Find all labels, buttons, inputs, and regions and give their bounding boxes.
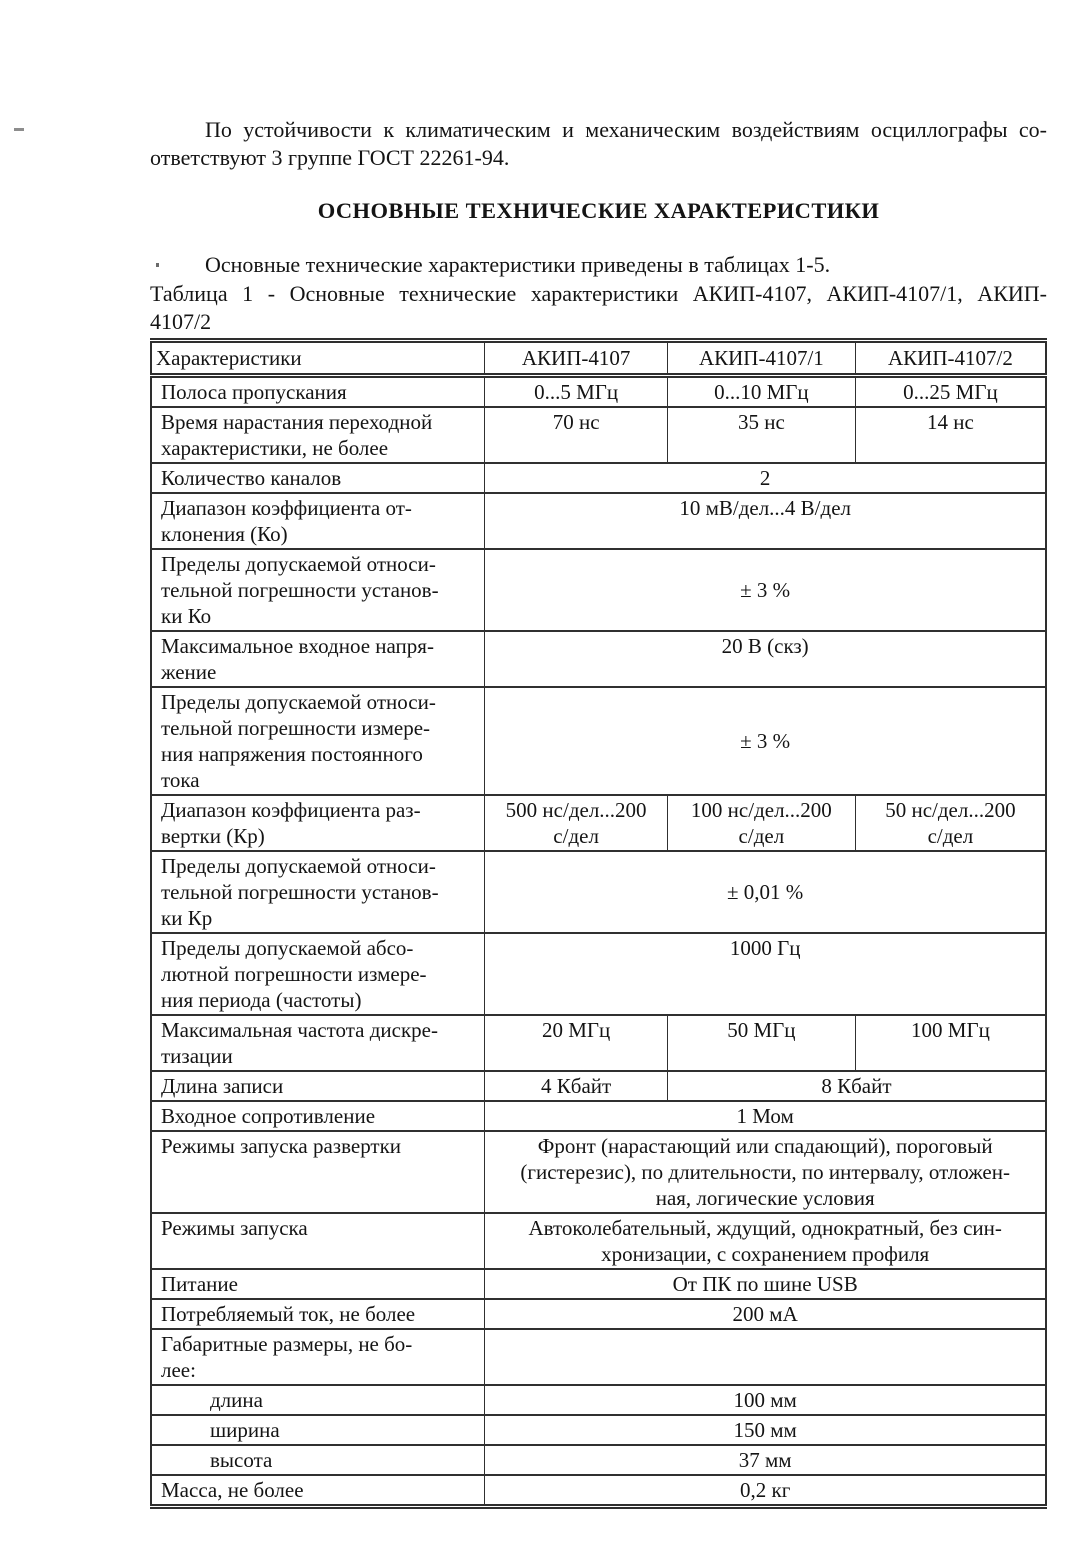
table-row: Время нарастания переходной характеристи… bbox=[151, 407, 1046, 463]
table-row: Пределы допускаемой абсо- лютной погрешн… bbox=[151, 933, 1046, 1015]
table-row: длина100 мм bbox=[151, 1385, 1046, 1415]
value-cell-merged: 37 мм bbox=[485, 1445, 1046, 1475]
row-label: Время нарастания переходной характеристи… bbox=[151, 407, 485, 463]
row-label: длина bbox=[151, 1385, 485, 1415]
table-row: Максимальное входное напря- жение20 В (с… bbox=[151, 631, 1046, 687]
value-cell-merged: ± 0,01 % bbox=[485, 851, 1046, 933]
value-cell-merged: 150 мм bbox=[485, 1415, 1046, 1445]
row-label: Пределы допускаемой относи- тельной погр… bbox=[151, 851, 485, 933]
table-row: Количество каналов2 bbox=[151, 463, 1046, 493]
value-cell: 500 нс/дел...200 с/дел bbox=[485, 795, 668, 851]
row-label: Максимальная частота дискре- тизации bbox=[151, 1015, 485, 1071]
table-caption: Таблица 1 - Основные технические характе… bbox=[150, 280, 1047, 336]
value-cell: 100 МГц bbox=[855, 1015, 1046, 1071]
row-label: ширина bbox=[151, 1415, 485, 1445]
row-label: Максимальное входное напря- жение bbox=[151, 631, 485, 687]
table-row: высота37 мм bbox=[151, 1445, 1046, 1475]
section-heading: ОСНОВНЫЕ ТЕХНИЧЕСКИЕ ХАРАКТЕРИСТИКИ bbox=[150, 197, 1047, 225]
table-row: Масса, не более0,2 кг bbox=[151, 1475, 1046, 1507]
header-model-2: АКИП-4107/1 bbox=[667, 341, 855, 376]
spec-table-body: Полоса пропускания0...5 МГц0...10 МГц0..… bbox=[151, 376, 1046, 1507]
value-cell-merged: 8 Кбайт bbox=[667, 1071, 1046, 1101]
row-label: Диапазон коэффициента раз- вертки (Кр) bbox=[151, 795, 485, 851]
row-label: Пределы допускаемой относи- тельной погр… bbox=[151, 549, 485, 631]
table-row: ПитаниеОт ПК по шине USB bbox=[151, 1269, 1046, 1299]
row-label: Диапазон коэффициента от- клонения (Ко) bbox=[151, 493, 485, 549]
header-row: Характеристики АКИП-4107 АКИП-4107/1 АКИ… bbox=[151, 341, 1046, 376]
table-caption-line-2: 4107/2 bbox=[150, 308, 1047, 336]
header-model-1: АКИП-4107 bbox=[485, 341, 668, 376]
value-cell: 14 нс bbox=[855, 407, 1046, 463]
table-row: Диапазон коэффициента от- клонения (Ко)1… bbox=[151, 493, 1046, 549]
value-cell: 100 нс/дел...200 с/дел bbox=[667, 795, 855, 851]
row-label: Входное сопротивление bbox=[151, 1101, 485, 1131]
row-label: Пределы допускаемой абсо- лютной погрешн… bbox=[151, 933, 485, 1015]
table-row: Диапазон коэффициента раз- вертки (Кр)50… bbox=[151, 795, 1046, 851]
tables-note: Основные технические характеристики прив… bbox=[150, 251, 1047, 279]
value-cell-merged: 10 мВ/дел...4 В/дел bbox=[485, 493, 1046, 549]
value-cell: 20 МГц bbox=[485, 1015, 668, 1071]
row-label: Масса, не более bbox=[151, 1475, 485, 1507]
value-cell-merged: Автоколебательный, ждущий, однократный, … bbox=[485, 1213, 1046, 1269]
intro-line-1: По устойчивости к климатическим и механи… bbox=[150, 116, 1047, 144]
intro-line-2: ответствуют 3 группе ГОСТ 22261-94. bbox=[150, 144, 1047, 172]
table-row: Полоса пропускания0...5 МГц0...10 МГц0..… bbox=[151, 376, 1046, 408]
table-row: Длина записи4 Кбайт8 Кбайт bbox=[151, 1071, 1046, 1101]
row-label: Пределы допускаемой относи- тельной погр… bbox=[151, 687, 485, 795]
table-row: Максимальная частота дискре- тизации20 М… bbox=[151, 1015, 1046, 1071]
value-cell-merged: 1000 Гц bbox=[485, 933, 1046, 1015]
value-cell: 50 МГц bbox=[667, 1015, 855, 1071]
scan-artifact-dash bbox=[14, 128, 24, 131]
value-cell-merged: 200 мА bbox=[485, 1299, 1046, 1329]
table-caption-line-1: Таблица 1 - Основные технические характе… bbox=[150, 280, 1047, 308]
row-label: Длина записи bbox=[151, 1071, 485, 1101]
row-label: Питание bbox=[151, 1269, 485, 1299]
spec-table: Характеристики АКИП-4107 АКИП-4107/1 АКИ… bbox=[150, 338, 1047, 1509]
value-cell-merged: 20 В (скз) bbox=[485, 631, 1046, 687]
value-cell: 0...25 МГц bbox=[855, 376, 1046, 408]
table-row: Режимы запуска разверткиФронт (нарастающ… bbox=[151, 1131, 1046, 1213]
row-label: Габаритные размеры, не бо- лее: bbox=[151, 1329, 485, 1385]
table-row: Потребляемый ток, не более200 мА bbox=[151, 1299, 1046, 1329]
value-cell-merged: ± 3 % bbox=[485, 687, 1046, 795]
row-label: Режимы запуска развертки bbox=[151, 1131, 485, 1213]
spec-table-head: Характеристики АКИП-4107 АКИП-4107/1 АКИ… bbox=[151, 341, 1046, 376]
value-cell: 35 нс bbox=[667, 407, 855, 463]
value-cell: 0...10 МГц bbox=[667, 376, 855, 408]
row-label: Полоса пропускания bbox=[151, 376, 485, 408]
table-row: Пределы допускаемой относи- тельной погр… bbox=[151, 687, 1046, 795]
intro-paragraph: По устойчивости к климатическим и механи… bbox=[150, 116, 1047, 172]
header-model-3: АКИП-4107/2 bbox=[855, 341, 1046, 376]
table-row: Режимы запускаАвтоколебательный, ждущий,… bbox=[151, 1213, 1046, 1269]
row-label: Режимы запуска bbox=[151, 1213, 485, 1269]
value-cell-merged: 2 bbox=[485, 463, 1046, 493]
value-cell-merged bbox=[485, 1329, 1046, 1385]
document-page: По устойчивости к климатическим и механи… bbox=[150, 116, 1047, 1509]
value-cell-merged: 100 мм bbox=[485, 1385, 1046, 1415]
table-row: Входное сопротивление1 Мом bbox=[151, 1101, 1046, 1131]
table-row: Пределы допускаемой относи- тельной погр… bbox=[151, 549, 1046, 631]
value-cell: 0...5 МГц bbox=[485, 376, 668, 408]
value-cell-merged: Фронт (нарастающий или спадающий), порог… bbox=[485, 1131, 1046, 1213]
value-cell-merged: 1 Мом bbox=[485, 1101, 1046, 1131]
value-cell: 4 Кбайт bbox=[485, 1071, 668, 1101]
table-row: Габаритные размеры, не бо- лее: bbox=[151, 1329, 1046, 1385]
value-cell-merged: ± 3 % bbox=[485, 549, 1046, 631]
value-cell-merged: От ПК по шине USB bbox=[485, 1269, 1046, 1299]
table-row: Пределы допускаемой относи- тельной погр… bbox=[151, 851, 1046, 933]
value-cell: 70 нс bbox=[485, 407, 668, 463]
table-row: ширина150 мм bbox=[151, 1415, 1046, 1445]
value-cell-merged: 0,2 кг bbox=[485, 1475, 1046, 1507]
value-cell: 50 нс/дел...200 с/дел bbox=[855, 795, 1046, 851]
row-label: Количество каналов bbox=[151, 463, 485, 493]
row-label: Потребляемый ток, не более bbox=[151, 1299, 485, 1329]
row-label: высота bbox=[151, 1445, 485, 1475]
header-characteristics: Характеристики bbox=[151, 341, 485, 376]
